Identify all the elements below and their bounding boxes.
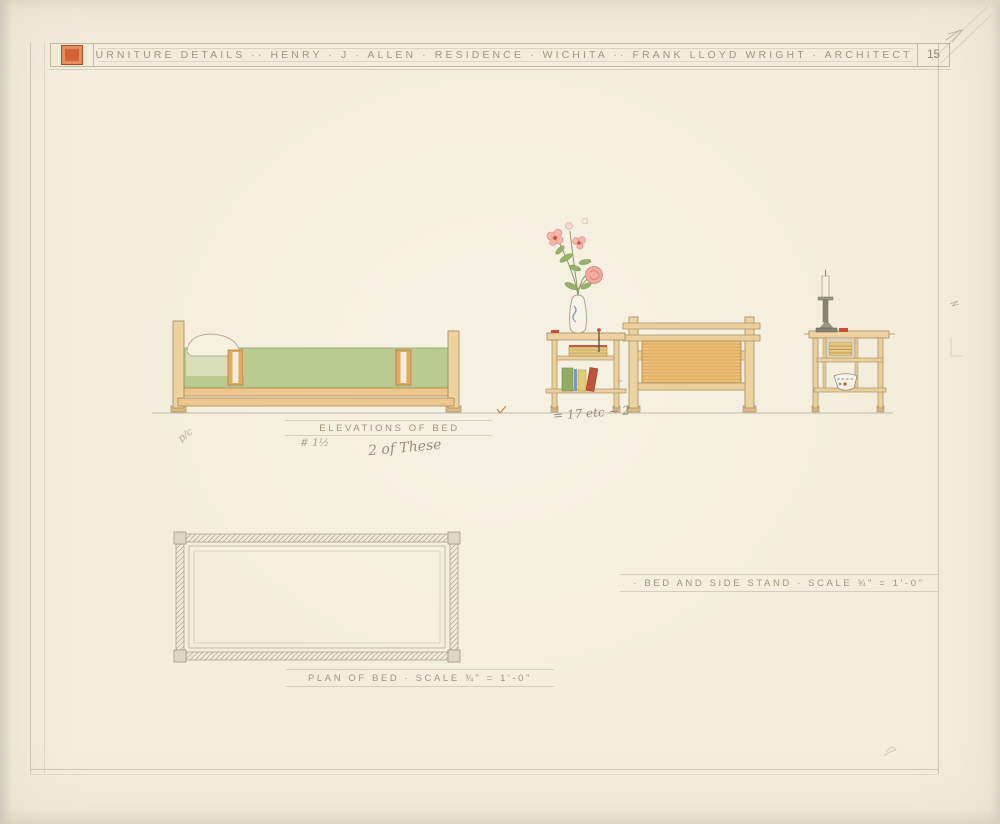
red-square-logo-icon (61, 45, 83, 65)
guideline (286, 669, 554, 670)
guideline (285, 435, 492, 436)
guideline (620, 591, 938, 592)
red-square-logo-box (51, 44, 94, 66)
guideline (620, 574, 938, 575)
guideline (285, 420, 492, 421)
title-band: FURNITURE DETAILS ·· HENRY · J · ALLEN ·… (50, 43, 950, 67)
side-stand-with-candle (804, 270, 895, 412)
sheet-title: FURNITURE DETAILS ·· HENRY · J · ALLEN ·… (94, 44, 917, 66)
bed-end-elevation (616, 317, 760, 412)
sheet-number: 15 (917, 44, 949, 66)
drawing-sheet: FURNITURE DETAILS ·· HENRY · J · ALLEN ·… (0, 0, 1000, 824)
side-stand-with-vase (546, 218, 626, 412)
label-plan-of-bed: PLAN OF BED · SCALE ¾" = 1'-0" (292, 673, 548, 684)
label-bed-and-side-stand: · BED AND SIDE STAND · SCALE ¾" = 1'-0" (626, 578, 932, 589)
bed-side-elevation (171, 321, 461, 412)
label-elevations-of-bed: ELEVATIONS OF BED (292, 423, 487, 434)
guideline (286, 686, 554, 687)
drawing-linework (0, 0, 1000, 824)
pencil-note-bed-number: # 1½ (300, 437, 329, 449)
bed-plan (174, 532, 460, 662)
